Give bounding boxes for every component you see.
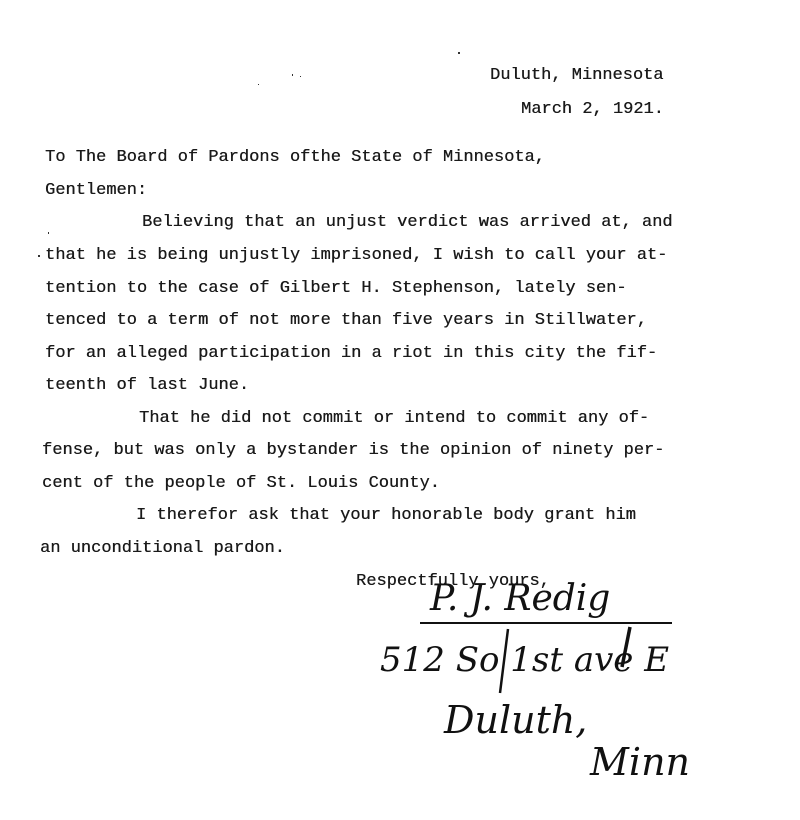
paragraph-1-line-1: Believing that an unjust verdict was arr… [142,213,673,233]
paragraph-2-line-1: That he did not commit or intend to comm… [139,409,649,429]
letter-addressee: To The Board of Pardons ofthe State of M… [45,148,545,168]
letter-place: Duluth, Minnesota [490,66,663,86]
scan-speck [292,74,293,76]
signature-name: P. J. Redig [430,578,610,619]
scan-speck [300,76,301,77]
paragraph-2-line-3: cent of the people of St. Louis County. [42,474,440,494]
paragraph-1-line-3: tention to the case of Gilbert H. Stephe… [45,279,627,299]
scan-speck [458,52,460,54]
letter-date: March 2, 1921. [521,100,664,120]
signature-state: Minn [590,740,690,784]
paragraph-2-line-2: fense, but was only a bystander is the o… [42,441,664,461]
scan-speck [38,255,40,257]
paragraph-1-line-4: tenced to a term of not more than five y… [45,311,647,331]
paragraph-1-line-2: that he is being unjustly imprisoned, I … [45,246,667,266]
paragraph-3-line-2: an unconditional pardon. [40,539,285,559]
scan-speck [48,232,49,234]
scan-speck [258,84,259,85]
letter-page: Duluth, Minnesota March 2, 1921. To The … [0,0,800,820]
signature-city: Duluth, [444,698,587,742]
paragraph-3-line-1: I therefor ask that your honorable body … [136,506,636,526]
signature-address: 512 So 1st ave E [380,640,669,680]
paragraph-1-line-6: teenth of last June. [45,376,249,396]
paragraph-1-line-5: for an alleged participation in a riot i… [45,344,657,364]
letter-salutation: Gentlemen: [45,181,147,201]
